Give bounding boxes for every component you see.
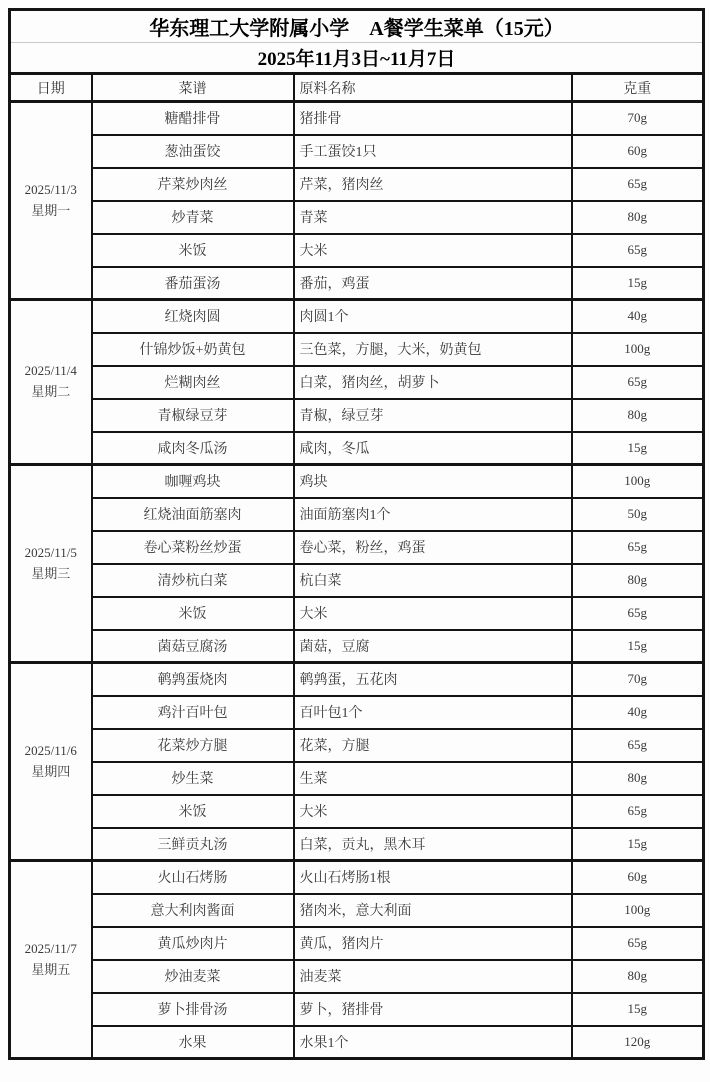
dish-weight: 40g: [572, 300, 704, 333]
weekday-text: 星期二: [11, 382, 91, 403]
dish-weight: 40g: [572, 696, 704, 729]
menu-row: 菌菇豆腐汤菌菇，豆腐15g: [10, 630, 704, 663]
date-cell: 2025/11/6星期四: [10, 663, 92, 861]
dish-weight: 80g: [572, 762, 704, 795]
dish-ingredients: 猪肉米，意大利面: [294, 894, 572, 927]
dish-name: 炒油麦菜: [92, 960, 294, 993]
dish-ingredients: 番茄，鸡蛋: [294, 267, 572, 300]
dish-weight: 65g: [572, 366, 704, 399]
dish-name: 鹌鹑蛋烧肉: [92, 663, 294, 696]
dish-weight: 65g: [572, 234, 704, 267]
menu-row: 2025/11/3星期一糖醋排骨猪排骨70g: [10, 102, 704, 135]
dish-weight: 70g: [572, 663, 704, 696]
menu-row: 花菜炒方腿花菜，方腿65g: [10, 729, 704, 762]
menu-row: 葱油蛋饺手工蛋饺1只60g: [10, 135, 704, 168]
dish-weight: 65g: [572, 168, 704, 201]
menu-row: 芹菜炒肉丝芹菜，猪肉丝65g: [10, 168, 704, 201]
dish-name: 意大利肉酱面: [92, 894, 294, 927]
dish-weight: 65g: [572, 927, 704, 960]
menu-row: 米饭大米65g: [10, 597, 704, 630]
dish-name: 芹菜炒肉丝: [92, 168, 294, 201]
dish-ingredients: 大米: [294, 597, 572, 630]
date-text: 2025/11/4: [11, 361, 91, 382]
dish-ingredients: 鸡块: [294, 465, 572, 498]
menu-row: 青椒绿豆芽青椒，绿豆芽80g: [10, 399, 704, 432]
dish-ingredients: 卷心菜，粉丝，鸡蛋: [294, 531, 572, 564]
dish-ingredients: 油面筋塞肉1个: [294, 498, 572, 531]
dish-ingredients: 鹌鹑蛋，五花肉: [294, 663, 572, 696]
menu-row: 意大利肉酱面猪肉米，意大利面100g: [10, 894, 704, 927]
menu-row: 鸡汁百叶包百叶包1个40g: [10, 696, 704, 729]
weekday-text: 星期四: [11, 762, 91, 783]
menu-page: 华东理工大学附属小学 A餐学生菜单（15元） 2025年11月3日~11月7日 …: [0, 0, 710, 1082]
date-text: 2025/11/7: [11, 939, 91, 960]
date-cell: 2025/11/7星期五: [10, 861, 92, 1059]
dish-name: 三鲜贡丸汤: [92, 828, 294, 861]
dish-weight: 65g: [572, 597, 704, 630]
menu-table: 华东理工大学附属小学 A餐学生菜单（15元） 2025年11月3日~11月7日 …: [8, 8, 705, 1060]
dish-name: 炒生菜: [92, 762, 294, 795]
dish-name: 咸肉冬瓜汤: [92, 432, 294, 465]
subtitle-row: 2025年11月3日~11月7日: [10, 43, 704, 74]
menu-row: 清炒杭白菜杭白菜80g: [10, 564, 704, 597]
menu-row: 炒油麦菜油麦菜80g: [10, 960, 704, 993]
date-cell: 2025/11/4星期二: [10, 300, 92, 465]
date-cell: 2025/11/3星期一: [10, 102, 92, 300]
dish-name: 红烧肉圆: [92, 300, 294, 333]
dish-weight: 80g: [572, 201, 704, 234]
dish-ingredients: 花菜，方腿: [294, 729, 572, 762]
dish-ingredients: 芹菜，猪肉丝: [294, 168, 572, 201]
dish-ingredients: 百叶包1个: [294, 696, 572, 729]
menu-row: 炒生菜生菜80g: [10, 762, 704, 795]
dish-name: 糖醋排骨: [92, 102, 294, 135]
title-row: 华东理工大学附属小学 A餐学生菜单（15元）: [10, 10, 704, 43]
menu-row: 米饭大米65g: [10, 234, 704, 267]
dish-name: 鸡汁百叶包: [92, 696, 294, 729]
menu-row: 2025/11/7星期五火山石烤肠火山石烤肠1根60g: [10, 861, 704, 894]
dish-ingredients: 青菜: [294, 201, 572, 234]
dish-weight: 80g: [572, 399, 704, 432]
dish-weight: 15g: [572, 828, 704, 861]
dish-weight: 65g: [572, 531, 704, 564]
date-text: 2025/11/5: [11, 543, 91, 564]
dish-name: 红烧油面筋塞肉: [92, 498, 294, 531]
date-text: 2025/11/6: [11, 741, 91, 762]
dish-ingredients: 三色菜，方腿，大米，奶黄包: [294, 333, 572, 366]
dish-name: 火山石烤肠: [92, 861, 294, 894]
date-range: 2025年11月3日~11月7日: [10, 43, 704, 74]
dish-ingredients: 肉圆1个: [294, 300, 572, 333]
dish-weight: 15g: [572, 432, 704, 465]
menu-row: 萝卜排骨汤萝卜，猪排骨15g: [10, 993, 704, 1026]
dish-ingredients: 萝卜，猪排骨: [294, 993, 572, 1026]
menu-row: 三鲜贡丸汤白菜，贡丸，黑木耳15g: [10, 828, 704, 861]
dish-weight: 60g: [572, 135, 704, 168]
dish-weight: 65g: [572, 729, 704, 762]
dish-weight: 100g: [572, 333, 704, 366]
menu-row: 米饭大米65g: [10, 795, 704, 828]
dish-name: 青椒绿豆芽: [92, 399, 294, 432]
dish-ingredients: 手工蛋饺1只: [294, 135, 572, 168]
dish-name: 什锦炒饭+奶黄包: [92, 333, 294, 366]
dish-name: 清炒杭白菜: [92, 564, 294, 597]
menu-row: 卷心菜粉丝炒蛋卷心菜，粉丝，鸡蛋65g: [10, 531, 704, 564]
dish-ingredients: 青椒，绿豆芽: [294, 399, 572, 432]
dish-name: 米饭: [92, 597, 294, 630]
dish-weight: 120g: [572, 1026, 704, 1059]
menu-row: 烂糊肉丝白菜，猪肉丝，胡萝卜65g: [10, 366, 704, 399]
column-header-date: 日期: [10, 74, 92, 102]
dish-weight: 80g: [572, 564, 704, 597]
dish-ingredients: 咸肉，冬瓜: [294, 432, 572, 465]
weekday-text: 星期三: [11, 564, 91, 585]
weekday-text: 星期一: [11, 201, 91, 222]
dish-name: 咖喱鸡块: [92, 465, 294, 498]
page-title: 华东理工大学附属小学 A餐学生菜单（15元）: [10, 10, 704, 43]
dish-ingredients: 杭白菜: [294, 564, 572, 597]
dish-weight: 15g: [572, 630, 704, 663]
dish-weight: 65g: [572, 795, 704, 828]
dish-name: 番茄蛋汤: [92, 267, 294, 300]
column-header-dish: 菜谱: [92, 74, 294, 102]
menu-row: 2025/11/5星期三咖喱鸡块鸡块100g: [10, 465, 704, 498]
weekday-text: 星期五: [11, 960, 91, 981]
menu-row: 炒青菜青菜80g: [10, 201, 704, 234]
dish-name: 花菜炒方腿: [92, 729, 294, 762]
dish-name: 烂糊肉丝: [92, 366, 294, 399]
dish-weight: 100g: [572, 465, 704, 498]
dish-weight: 100g: [572, 894, 704, 927]
dish-ingredients: 白菜，猪肉丝，胡萝卜: [294, 366, 572, 399]
menu-row: 2025/11/4星期二红烧肉圆肉圆1个40g: [10, 300, 704, 333]
dish-ingredients: 猪排骨: [294, 102, 572, 135]
dish-name: 黄瓜炒肉片: [92, 927, 294, 960]
dish-name: 米饭: [92, 795, 294, 828]
dish-ingredients: 白菜，贡丸，黑木耳: [294, 828, 572, 861]
dish-name: 萝卜排骨汤: [92, 993, 294, 1026]
menu-row: 2025/11/6星期四鹌鹑蛋烧肉鹌鹑蛋，五花肉70g: [10, 663, 704, 696]
dish-name: 菌菇豆腐汤: [92, 630, 294, 663]
dish-ingredients: 大米: [294, 234, 572, 267]
dish-weight: 80g: [572, 960, 704, 993]
dish-weight: 50g: [572, 498, 704, 531]
dish-weight: 60g: [572, 861, 704, 894]
column-header-ingredients: 原料名称: [294, 74, 572, 102]
date-text: 2025/11/3: [11, 180, 91, 201]
dish-name: 葱油蛋饺: [92, 135, 294, 168]
menu-row: 番茄蛋汤番茄，鸡蛋15g: [10, 267, 704, 300]
dish-ingredients: 黄瓜，猪肉片: [294, 927, 572, 960]
menu-table-body: 2025/11/3星期一糖醋排骨猪排骨70g葱油蛋饺手工蛋饺1只60g芹菜炒肉丝…: [10, 102, 704, 1059]
dish-ingredients: 生菜: [294, 762, 572, 795]
dish-name: 卷心菜粉丝炒蛋: [92, 531, 294, 564]
menu-row: 水果水果1个120g: [10, 1026, 704, 1059]
dish-name: 炒青菜: [92, 201, 294, 234]
dish-name: 水果: [92, 1026, 294, 1059]
dish-ingredients: 菌菇，豆腐: [294, 630, 572, 663]
menu-row: 什锦炒饭+奶黄包三色菜，方腿，大米，奶黄包100g: [10, 333, 704, 366]
dish-ingredients: 火山石烤肠1根: [294, 861, 572, 894]
dish-weight: 15g: [572, 993, 704, 1026]
dish-weight: 15g: [572, 267, 704, 300]
column-header-weight: 克重: [572, 74, 704, 102]
menu-row: 黄瓜炒肉片黄瓜，猪肉片65g: [10, 927, 704, 960]
dish-ingredients: 油麦菜: [294, 960, 572, 993]
table-header-row: 日期 菜谱 原料名称 克重: [10, 74, 704, 102]
date-cell: 2025/11/5星期三: [10, 465, 92, 663]
menu-row: 咸肉冬瓜汤咸肉，冬瓜15g: [10, 432, 704, 465]
dish-ingredients: 大米: [294, 795, 572, 828]
dish-weight: 70g: [572, 102, 704, 135]
dish-name: 米饭: [92, 234, 294, 267]
menu-row: 红烧油面筋塞肉油面筋塞肉1个50g: [10, 498, 704, 531]
dish-ingredients: 水果1个: [294, 1026, 572, 1059]
